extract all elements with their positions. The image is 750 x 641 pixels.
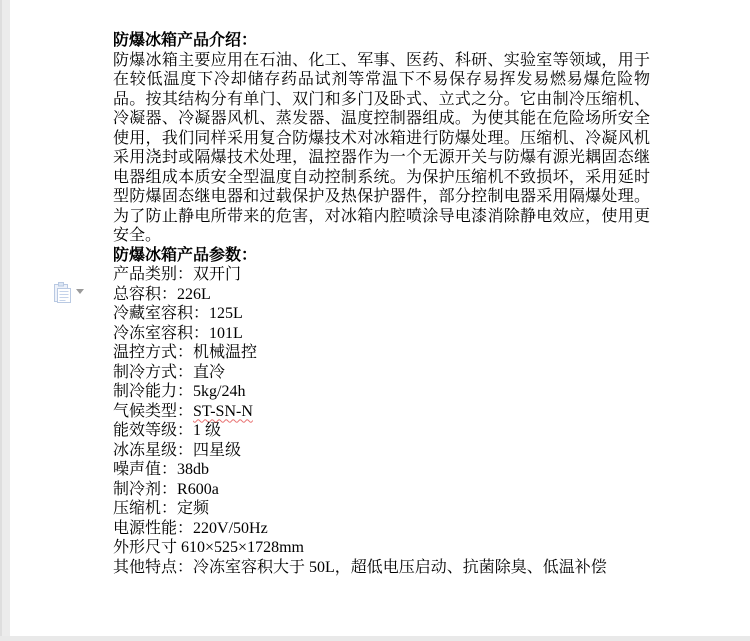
intro-heading: 防爆冰箱产品介绍： [113, 31, 650, 51]
spec-line-temp-control: 温控方式：机械温控 [113, 343, 650, 363]
paste-options-button[interactable] [53, 282, 84, 309]
spec-value: 220V/50Hz [193, 520, 268, 537]
intro-paragraph: 防爆冰箱主要应用在石油、化工、军事、医药、科研、实验室等领域，用于在较低温度下冷… [113, 51, 650, 246]
spec-label: 温控方式： [113, 344, 193, 361]
spec-label: 制冷剂： [113, 481, 177, 498]
document-text-block: 防爆冰箱产品介绍： 防爆冰箱主要应用在石油、化工、军事、医药、科研、实验室等领域… [113, 31, 650, 577]
spec-value-misspelled: ST-SN-N [193, 403, 253, 420]
spec-value: 38db [177, 461, 209, 478]
spec-value: 机械温控 [193, 344, 257, 361]
spec-value: 双开门 [193, 266, 241, 283]
bottom-scroll-strip [0, 636, 750, 641]
document-page: 防爆冰箱产品介绍： 防爆冰箱主要应用在石油、化工、军事、医药、科研、实验室等领域… [0, 0, 750, 641]
spec-line-cooling-method: 制冷方式：直冷 [113, 363, 650, 383]
spec-line-total-volume: 总容积：226L [113, 285, 650, 305]
spec-line-fridge-volume: 冷藏室容积：125L [113, 304, 650, 324]
spec-label: 噪声值： [113, 461, 177, 478]
spec-line-energy-rating: 能效等级：1 级 [113, 421, 650, 441]
spec-line-refrigerant: 制冷剂：R600a [113, 480, 650, 500]
spec-value: 5kg/24h [193, 383, 245, 400]
clipboard-paste-icon [53, 282, 73, 309]
spec-label: 总容积： [113, 286, 177, 303]
spec-line-power: 电源性能：220V/50Hz [113, 519, 650, 539]
spec-line-compressor: 压缩机：定频 [113, 499, 650, 519]
spec-label: 其他特点： [113, 559, 193, 576]
spec-value: 101L [209, 325, 243, 342]
spec-label: 压缩机： [113, 500, 177, 517]
spec-label: 产品类别： [113, 266, 193, 283]
spec-value: 226L [177, 286, 211, 303]
spec-value: 610×525×1728mm [181, 539, 304, 556]
spec-line-climate-type: 气候类型：ST-SN-N [113, 402, 650, 422]
spec-value: R600a [177, 481, 219, 498]
spec-line-dimensions: 外形尺寸 610×525×1728mm [113, 538, 650, 558]
spec-line-noise-level: 噪声值：38db [113, 460, 650, 480]
params-heading: 防爆冰箱产品参数： [113, 246, 650, 266]
spec-label: 气候类型： [113, 403, 193, 420]
spec-line-product-type: 产品类别：双开门 [113, 265, 650, 285]
spec-label: 外形尺寸 [113, 539, 181, 556]
spec-value: 冷冻室容积大于 50L，超低电压启动、抗菌除臭、低温补偿 [193, 559, 607, 576]
spec-line-freezing-stars: 冰冻星级：四星级 [113, 441, 650, 461]
spec-value: 定频 [177, 500, 209, 517]
chevron-down-icon [76, 289, 84, 294]
spec-value: 四星级 [193, 442, 241, 459]
spec-label: 冰冻星级： [113, 442, 193, 459]
spec-line-cooling-capacity: 制冷能力：5kg/24h [113, 382, 650, 402]
spec-line-freezer-volume: 冷冻室容积：101L [113, 324, 650, 344]
spec-label: 制冷方式： [113, 364, 193, 381]
spec-label: 冷藏室容积： [113, 305, 209, 322]
left-margin-strip [0, 0, 10, 641]
spec-label: 能效等级： [113, 422, 193, 439]
spec-label: 电源性能： [113, 520, 193, 537]
spec-line-other-features: 其他特点：冷冻室容积大于 50L，超低电压启动、抗菌除臭、低温补偿 [113, 558, 650, 578]
spec-label: 制冷能力： [113, 383, 193, 400]
spec-value: 125L [209, 305, 243, 322]
spec-label: 冷冻室容积： [113, 325, 209, 342]
spec-value: 直冷 [193, 364, 225, 381]
spec-value: 1 级 [193, 422, 221, 439]
